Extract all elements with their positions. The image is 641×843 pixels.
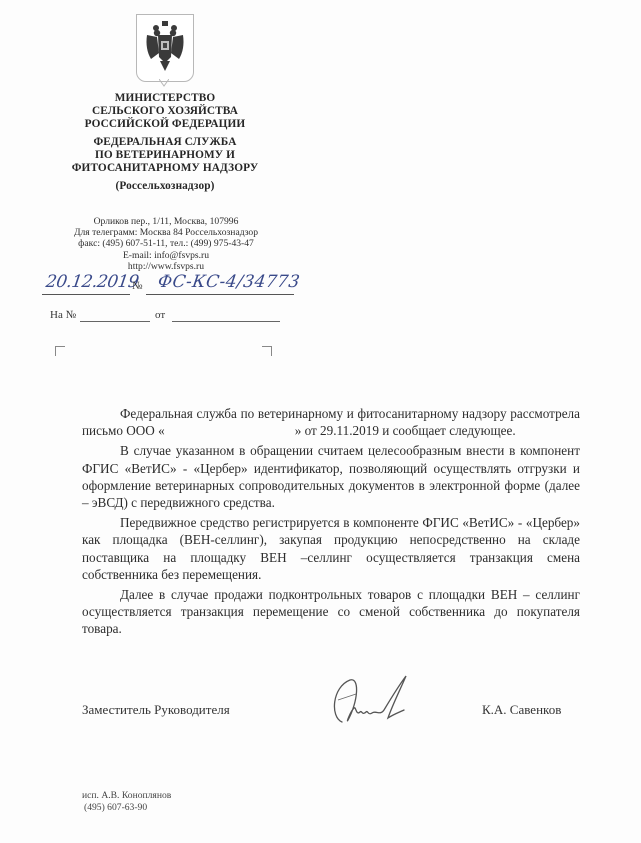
coat-of-arms-icon bbox=[136, 14, 194, 82]
service-line: ФИТОСАНИТАРНОМУ НАДЗОРУ bbox=[60, 162, 270, 175]
website-line: http://www.fsvps.ru bbox=[42, 261, 290, 272]
letterhead: МИНИСТЕРСТВО СЕЛЬСКОГО ХОЗЯЙСТВА РОССИЙС… bbox=[60, 92, 270, 193]
number-label: № bbox=[132, 280, 143, 292]
outgoing-number: ФС-КС-4/34773 bbox=[157, 272, 302, 292]
executor-phone: (495) 607-63-90 bbox=[82, 802, 171, 814]
letter-body: Федеральная служба по ветеринарному и фи… bbox=[82, 405, 580, 641]
reference-date-label: от bbox=[155, 309, 165, 321]
ministry-line: РОССИЙСКОЙ ФЕДЕРАЦИИ bbox=[60, 118, 270, 131]
date-underline bbox=[42, 294, 130, 295]
phone-fax-line: факс: (495) 607-51-11, тел.: (499) 975-4… bbox=[42, 238, 290, 249]
service-short-name: (Россельхознадзор) bbox=[60, 180, 270, 193]
ministry-name: МИНИСТЕРСТВО СЕЛЬСКОГО ХОЗЯЙСТВА РОССИЙС… bbox=[60, 92, 270, 131]
paragraph-4: Далее в случае продажи подконтрольных то… bbox=[82, 586, 580, 638]
double-headed-eagle-icon bbox=[143, 19, 187, 75]
executor-info: исп. А.В. Коноплянов (495) 607-63-90 bbox=[82, 790, 171, 813]
reference-date-blank bbox=[172, 321, 280, 322]
letter-page: МИНИСТЕРСТВО СЕЛЬСКОГО ХОЗЯЙСТВА РОССИЙС… bbox=[0, 0, 641, 843]
signer-name: К.А. Савенков bbox=[482, 702, 561, 718]
telegram-line: Для телеграмм: Москва 84 Россельхознадзо… bbox=[42, 227, 290, 238]
service-line: ФЕДЕРАЛЬНАЯ СЛУЖБА bbox=[60, 136, 270, 149]
address-field-corner-left bbox=[55, 346, 65, 356]
handwritten-signature-icon bbox=[320, 672, 420, 732]
service-line: ПО ВЕТЕРИНАРНОМУ И bbox=[60, 149, 270, 162]
signer-position: Заместитель Руководителя bbox=[82, 702, 230, 718]
service-name: ФЕДЕРАЛЬНАЯ СЛУЖБА ПО ВЕТЕРИНАРНОМУ И ФИ… bbox=[60, 136, 270, 175]
emblem-tip-icon bbox=[159, 79, 169, 87]
address-field-corner-right bbox=[262, 346, 272, 356]
paragraph-1-end: » от 29.11.2019 и сообщает следующее. bbox=[295, 423, 516, 438]
email-line: E-mail: info@fsvps.ru bbox=[42, 250, 290, 261]
ministry-line: МИНИСТЕРСТВО bbox=[60, 92, 270, 105]
outgoing-date: 20.12.2019 bbox=[45, 272, 140, 292]
reference-row: На № от bbox=[50, 309, 290, 325]
executor-name: исп. А.В. Коноплянов bbox=[82, 790, 171, 802]
number-underline bbox=[146, 294, 294, 295]
address-line: Орликов пер., 1/11, Москва, 107996 bbox=[42, 216, 290, 227]
reference-number-blank bbox=[80, 321, 150, 322]
paragraph-3: Передвижное средство регистрируется в ко… bbox=[82, 514, 580, 583]
ministry-line: СЕЛЬСКОГО ХОЗЯЙСТВА bbox=[60, 105, 270, 118]
signature-block: Заместитель Руководителя К.А. Савенков bbox=[82, 672, 582, 732]
sender-address: Орликов пер., 1/11, Москва, 107996 Для т… bbox=[42, 216, 290, 272]
outgoing-registration: 20.12.2019 № ФС-КС-4/34773 bbox=[42, 272, 302, 298]
paragraph-2: В случае указанном в обращении считаем ц… bbox=[82, 442, 580, 511]
reference-number-label: На № bbox=[50, 309, 76, 321]
paragraph-1: Федеральная служба по ветеринарному и фи… bbox=[82, 405, 580, 439]
